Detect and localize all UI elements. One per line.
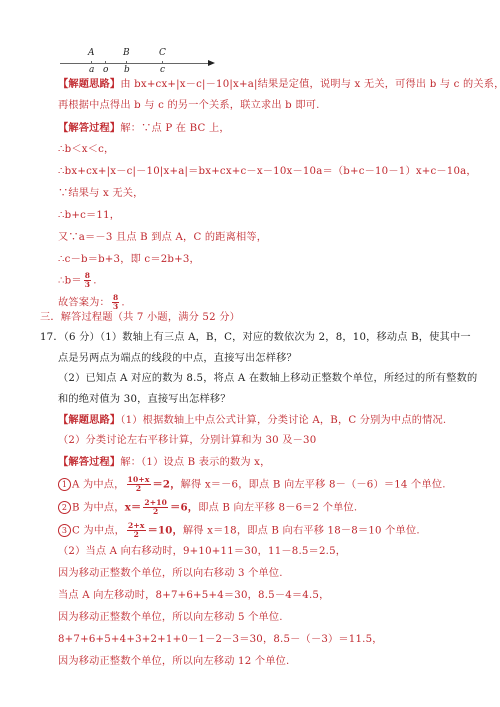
number-line-axis xyxy=(60,63,210,64)
part2-step: 因为移动正整数个单位，所以向左移动 12 个单位. xyxy=(58,655,289,669)
part2-step: （2）当点 A 向右移动时，9+10+11＝30，11－8.5＝2.5， xyxy=(58,545,346,559)
part2-step: 因为移动正整数个单位，所以向左移动 5 个单位. xyxy=(58,611,283,625)
part2-step: 因为移动正整数个单位，所以向右移动 3 个单位. xyxy=(58,567,283,581)
number-line-figure: A B C a o b c xyxy=(58,44,238,78)
idea-label: 【解题思路】 xyxy=(58,414,120,426)
prev-step: ∴c－b＝b+3，即 c＝2b+3， xyxy=(58,253,200,267)
q17-part2-line1: （2）已知点 A 对应的数为 8.5，将点 A 在数轴上移动正整数个单位，所经过… xyxy=(58,372,477,386)
process-label: 【解答过程】 xyxy=(58,456,120,468)
fraction: 2+x2 xyxy=(127,522,146,539)
question-number: 17． xyxy=(40,332,64,343)
prev-idea-line2: 再根据中点得出 b 与 c 的另一个关系，联立求出 b 即可. xyxy=(58,99,320,113)
prev-process-intro: 【解答过程】解：∵点 P 在 BC 上， xyxy=(58,121,230,136)
arrow-right-icon xyxy=(208,60,215,66)
value-label-a: a xyxy=(89,65,94,75)
fraction: 83 xyxy=(84,272,91,289)
fraction: 10+x2 xyxy=(127,476,151,493)
circled-number-icon: 1 xyxy=(58,478,71,491)
part2-step: 8+7+6+5+4+3+2+1+0－1－2－3＝30，8.5－（－3）＝11.5… xyxy=(58,633,383,647)
prev-step: ∴b＜x＜c， xyxy=(58,143,114,157)
q17-part2-line2: 和的绝对值为 30，直接写出怎样移？ xyxy=(58,393,231,407)
prev-step: ∴bx+cx+|x－c|－10|x+a|＝bx+cx+c－x－10x－10a＝（… xyxy=(58,165,477,179)
s17-idea-line2: （2）分类讨论左右平移计算，分别计算和为 30 及－30 xyxy=(58,434,316,448)
part2-step: 当点 A 向左移动时，8+7+6+5+4＝30，8.5－4＝4.5， xyxy=(58,589,329,603)
case-1: 1A 为中点，10+x2＝2，解得 x＝－6，即点 B 向左平移 8－（－6）＝… xyxy=(58,476,446,493)
point-label-C: C xyxy=(159,48,166,58)
fraction: 2+102 xyxy=(143,499,168,516)
tick-c xyxy=(162,61,163,64)
circled-number-icon: 3 xyxy=(58,524,71,537)
point-label-A: A xyxy=(88,48,95,58)
question-points: （6 分） xyxy=(64,332,100,343)
document-page: A B C a o b c 【解题思路】由 bx+cx+|x－c|－10|x+a… xyxy=(0,0,500,707)
s17-process-intro: 【解答过程】解：（1）设点 B 表示的数为 x， xyxy=(58,455,271,470)
tick-o xyxy=(105,61,106,64)
prev-step: ∴b+c＝11， xyxy=(58,209,120,223)
fraction: 83 xyxy=(112,294,119,311)
q17-part1-line2: 点是另两点为端点的线段的中点，直接写出怎样移？ xyxy=(58,352,297,366)
s17-idea-line1: 【解题思路】（1）根据数轴上中点公式计算，分类讨论 A，B，C 分别为中点的情况… xyxy=(58,413,446,428)
value-label-c: c xyxy=(160,65,165,75)
tick-a xyxy=(91,61,92,64)
case-3: 3C 为中点，2+x2＝10，解得 x＝18，即点 B 向右平移 18－8＝10… xyxy=(58,522,420,539)
prev-idea-line1: 【解题思路】由 bx+cx+|x－c|－10|x+a|结果是定值，说明与 x 无… xyxy=(58,77,500,92)
point-label-B: B xyxy=(123,48,130,58)
section-heading: 三．解答过程题（共 7 小题，满分 52 分） xyxy=(40,311,240,325)
b-result: ∴b＝83. xyxy=(58,272,97,289)
value-label-o: o xyxy=(103,65,108,75)
prev-step: ∵结果与 x 无关， xyxy=(58,187,144,201)
case-2: 2B 为中点，x＝2+102＝6，即点 B 向左平移 8－6＝2 个单位. xyxy=(58,499,357,516)
circled-number-icon: 2 xyxy=(58,501,71,514)
prev-step: 又∵a＝－3 且点 B 到点 A，C 的距离相等， xyxy=(58,231,267,245)
q17-part1-line1: 17．（6 分）（1）数轴上有三点 A，B，C，对应的数依次为 2，8，10，移… xyxy=(40,331,471,345)
value-label-b: b xyxy=(124,65,130,75)
process-label: 【解答过程】 xyxy=(58,122,120,134)
tick-b xyxy=(126,61,127,64)
idea-label: 【解题思路】 xyxy=(58,78,120,90)
final-answer: 故答案为：83. xyxy=(58,294,125,311)
